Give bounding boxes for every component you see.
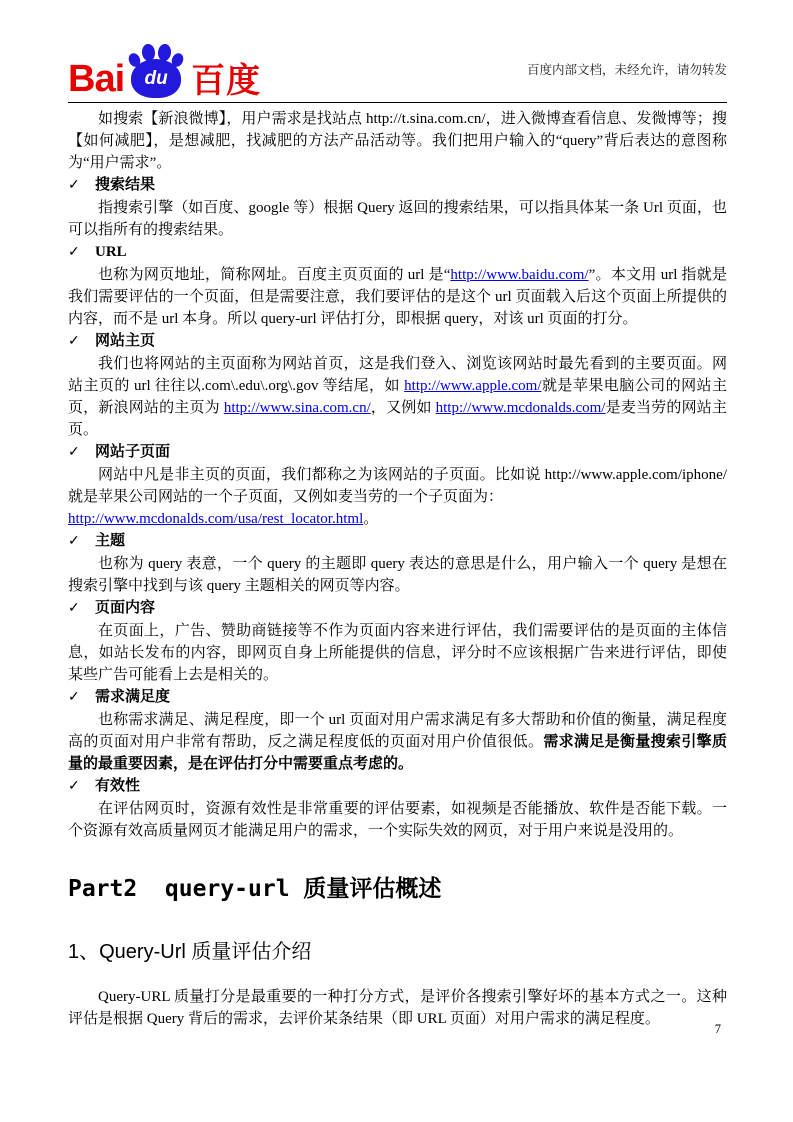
term-label-url: URL bbox=[95, 244, 127, 260]
logo-text-bai: Bai bbox=[68, 60, 124, 98]
paragraph-part2-intro: Query-URL 质量打分是最重要的一种打分方式，是评价各搜索引擎好坏的基本方… bbox=[68, 986, 727, 1030]
term-row-topic: ✓主题 bbox=[68, 530, 727, 553]
paragraph-site-subpage: 网站中凡是非主页的页面，我们都称之为该网站的子页面。比如说 http://www… bbox=[68, 464, 727, 508]
link-mcdonalds-locator[interactable]: http://www.mcdonalds.com/usa/rest_locato… bbox=[68, 511, 363, 527]
part2-heading-latin: Part2 query-url bbox=[68, 876, 303, 902]
check-icon: ✓ bbox=[68, 598, 95, 620]
link-apple-homepage[interactable]: http://www.apple.com/ bbox=[404, 378, 541, 394]
baidu-paw-icon: du bbox=[124, 44, 188, 98]
logo-text-chinese: 百度 bbox=[191, 64, 261, 98]
check-icon: ✓ bbox=[68, 776, 95, 798]
term-label-need-satisfaction: 需求满足度 bbox=[95, 689, 170, 705]
header-divider bbox=[68, 102, 727, 103]
check-icon: ✓ bbox=[68, 687, 95, 709]
check-icon: ✓ bbox=[68, 331, 95, 353]
term-row-url: ✓URL bbox=[68, 241, 727, 264]
logo-text-du: du bbox=[145, 69, 168, 88]
paragraph-user-need: 如搜索【新浪微博】，用户需求是找站点 http://t.sina.com.cn/… bbox=[68, 108, 727, 174]
paragraph-search-results: 指搜索引擎（如百度、google 等）根据 Query 返回的搜索结果，可以指具… bbox=[68, 197, 727, 241]
term-label-search-results: 搜索结果 bbox=[95, 177, 155, 193]
term-label-validity: 有效性 bbox=[95, 778, 140, 794]
paragraph-site-homepage: 我们也将网站的主页面称为网站首页，这是我们登入、浏览该网站时最先看到的主要页面。… bbox=[68, 353, 727, 441]
term-row-need-satisfaction: ✓需求满足度 bbox=[68, 686, 727, 709]
page-number: 7 bbox=[715, 1022, 721, 1037]
term-row-search-results: ✓搜索结果 bbox=[68, 174, 727, 197]
term-row-site-homepage: ✓网站主页 bbox=[68, 330, 727, 353]
link-mcdonalds-homepage[interactable]: http://www.mcdonalds.com/ bbox=[436, 400, 606, 416]
check-icon: ✓ bbox=[68, 242, 95, 264]
term-row-validity: ✓有效性 bbox=[68, 775, 727, 798]
check-icon: ✓ bbox=[68, 175, 95, 197]
text-run: 也称为网页地址，简称网址。百度主页页面的 url 是“ bbox=[98, 267, 450, 283]
document-body: 如搜索【新浪微博】，用户需求是找站点 http://t.sina.com.cn/… bbox=[68, 108, 727, 1030]
page-header: Bai du 百度 百度内部文档，未经允许，请勿转发 bbox=[68, 44, 727, 100]
paragraph-validity: 在评估网页时，资源有效性是非常重要的评估要素，如视频是否能播放、软件是否能下载。… bbox=[68, 798, 727, 842]
paragraph-page-content: 在页面上，广告、赞助商链接等不作为页面内容来进行评估，我们需要评估的是页面的主体… bbox=[68, 620, 727, 686]
check-icon: ✓ bbox=[68, 442, 95, 464]
paragraph-subpage-link-line: http://www.mcdonalds.com/usa/rest_locato… bbox=[68, 508, 727, 530]
paw-pad: du bbox=[131, 59, 181, 98]
confidential-notice: 百度内部文档，未经允许，请勿转发 bbox=[527, 60, 727, 78]
baidu-logo: Bai du 百度 bbox=[68, 44, 261, 98]
text-run: ，又例如 bbox=[371, 400, 436, 416]
paragraph-url: 也称为网页地址，简称网址。百度主页页面的 url 是“http://www.ba… bbox=[68, 264, 727, 330]
term-label-topic: 主题 bbox=[95, 533, 125, 549]
paragraph-topic: 也称为 query 表意，一个 query 的主题即 query 表达的意思是什… bbox=[68, 553, 727, 597]
term-row-page-content: ✓页面内容 bbox=[68, 597, 727, 620]
term-label-site-subpage: 网站子页面 bbox=[95, 444, 170, 460]
text-run: 。 bbox=[363, 511, 378, 527]
part2-heading-chinese: 质量评估概述 bbox=[303, 875, 441, 901]
part2-heading: Part2 query-url 质量评估概述 bbox=[68, 870, 727, 906]
document-page: Bai du 百度 百度内部文档，未经允许，请勿转发 如搜索【新浪微博】，用户需… bbox=[0, 0, 793, 1030]
term-row-site-subpage: ✓网站子页面 bbox=[68, 441, 727, 464]
section1-heading: 1、Query-Url 质量评估介绍 bbox=[68, 938, 727, 966]
paragraph-need-satisfaction: 也称需求满足、满足程度，即一个 url 页面对用户需求满足有多大帮助和价值的衡量… bbox=[68, 709, 727, 775]
link-baidu-homepage[interactable]: http://www.baidu.com/ bbox=[450, 267, 588, 283]
term-label-page-content: 页面内容 bbox=[95, 600, 155, 616]
check-icon: ✓ bbox=[68, 531, 95, 553]
link-sina-homepage[interactable]: http://www.sina.com.cn/ bbox=[224, 400, 371, 416]
term-label-site-homepage: 网站主页 bbox=[95, 333, 155, 349]
